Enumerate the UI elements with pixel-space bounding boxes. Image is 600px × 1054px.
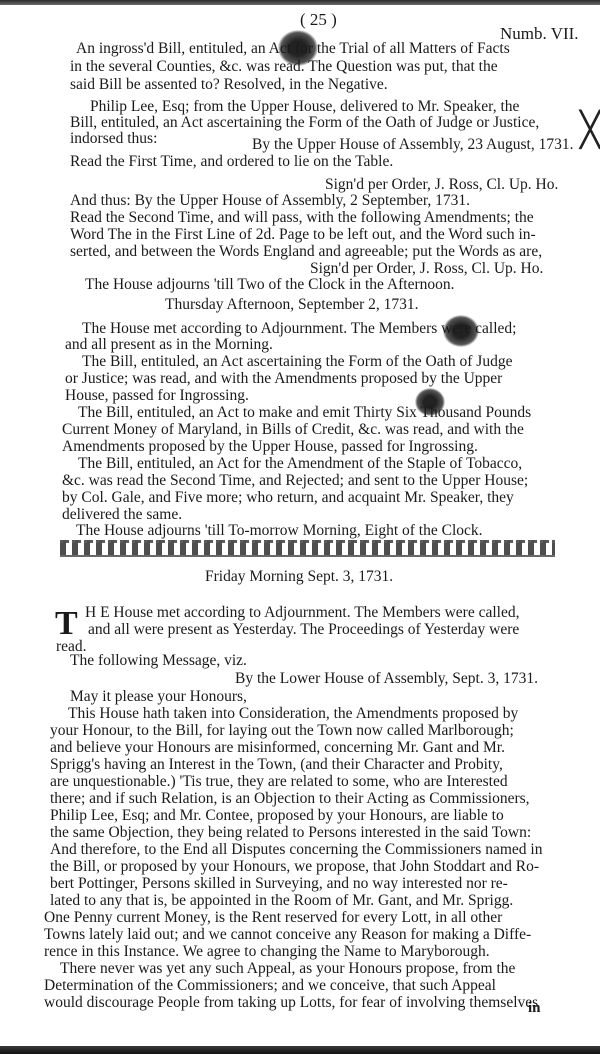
text-line: The House adjourns 'till Two of the Cloc…	[85, 276, 455, 293]
text-line: bert Pottinger, Persons skilled in Surve…	[50, 875, 508, 892]
text-line: &c. was read the Second Time, and Reject…	[62, 472, 528, 489]
text-line: The Bill, entituled, an Act for the Amen…	[78, 455, 522, 472]
text-line: Current Money of Maryland, in Bills of C…	[62, 421, 524, 438]
text-line: lated to any that is, be appointed in th…	[50, 892, 513, 909]
catchword: in	[528, 1000, 541, 1017]
text-line: Bill, entituled, an Act ascertaining the…	[70, 114, 539, 131]
text-line: the Bill, or proposed by your Honours, w…	[50, 858, 539, 875]
scan-edge-top	[0, 0, 600, 5]
text-line: By the Upper House of Assembly, 23 Augus…	[252, 136, 573, 153]
text-line: Read the First Time, and ordered to lie …	[70, 153, 393, 170]
text-line: serted, and between the Words England an…	[70, 243, 542, 260]
text-line: and all were present as Yesterday. The P…	[88, 621, 519, 638]
text-line: House, passed for Ingrossing.	[65, 387, 249, 404]
text-line: Sign'd per Order, J. Ross, Cl. Up. Ho.	[310, 260, 543, 277]
text-line: Thursday Afternoon, September 2, 1731.	[165, 296, 419, 313]
text-line: would discourage People from taking up L…	[44, 994, 538, 1011]
text-line: by Col. Gale, and Five more; who return,…	[62, 489, 514, 506]
document-page: ( 25 ) Numb. VII. ╳ An ingross'd Bill, e…	[0, 0, 600, 1054]
text-line: And therefore, to the End all Disputes c…	[50, 841, 542, 858]
text-line: By the Lower House of Assembly, Sept. 3,…	[235, 670, 538, 687]
text-line: Sign'd per Order, J. Ross, Cl. Up. Ho.	[325, 176, 558, 193]
text-line: in the several Counties, &c. was read. T…	[70, 58, 498, 75]
text-line: indorsed thus:	[70, 130, 157, 147]
text-line: and believe your Honours are misinformed…	[50, 739, 505, 756]
text-line: Philip Lee, Esq; and Mr. Contee, propose…	[50, 807, 504, 824]
text-line: H E House met according to Adjournment. …	[85, 604, 519, 621]
text-line: Friday Morning Sept. 3, 1731.	[205, 568, 393, 585]
text-line: One Penny current Money, is the Rent res…	[44, 909, 502, 926]
text-line: The Bill, entituled, an Act to make and …	[78, 404, 531, 421]
text-line: There never was yet any such Appeal, as …	[60, 960, 515, 977]
drop-cap: T	[55, 605, 78, 643]
text-line: The following Message, viz.	[70, 652, 247, 669]
text-line: the same Objection, they being related t…	[50, 824, 531, 841]
text-line: May it please your Honours,	[70, 688, 247, 705]
text-line: And thus: By the Upper House of Assembly…	[70, 192, 470, 209]
text-line: rence in this Instance. We agree to chan…	[44, 943, 490, 960]
text-line: The House adjourns 'till To-morrow Morni…	[76, 522, 483, 539]
text-line: delivered the same.	[62, 506, 182, 523]
text-line: The Bill, entituled, an Act ascertaining…	[82, 353, 512, 370]
text-line: Amendments proposed by the Upper House, …	[62, 438, 478, 455]
text-line: The House met according to Adjournment. …	[82, 320, 516, 337]
text-line: and all present as in the Morning.	[65, 336, 273, 353]
text-line: there; and if such Relation, is an Objec…	[50, 790, 530, 807]
section-number: Numb. VII.	[500, 24, 579, 44]
text-line: An ingross'd Bill, entituled, an Act for…	[76, 40, 510, 57]
margin-x-mark-icon: ╳	[580, 110, 600, 150]
text-line: your Honour, to the Bill, for laying out…	[50, 722, 514, 739]
text-line: Determination of the Commissioners; and …	[44, 977, 496, 994]
text-line: Read the Second Time, and will pass, wit…	[70, 209, 534, 226]
scan-edge-bottom	[0, 1046, 600, 1054]
text-line: Philip Lee, Esq; from the Upper House, d…	[90, 98, 519, 115]
text-line: This House hath taken into Consideration…	[68, 705, 518, 722]
text-line: are unquestionable.) 'Tis true, they are…	[50, 773, 508, 790]
page-number: ( 25 )	[300, 10, 337, 30]
ornamental-divider	[60, 540, 555, 557]
text-line: said Bill be assented to? Resolved, in t…	[70, 76, 388, 93]
text-line: Towns lately laid out; and we cannot con…	[44, 926, 531, 943]
text-line: Word The in the First Line of 2d. Page t…	[70, 226, 536, 243]
text-line: or Justice; was read, and with the Amend…	[65, 370, 502, 387]
text-line: Sprigg's having an Interest in the Town,…	[50, 756, 503, 773]
